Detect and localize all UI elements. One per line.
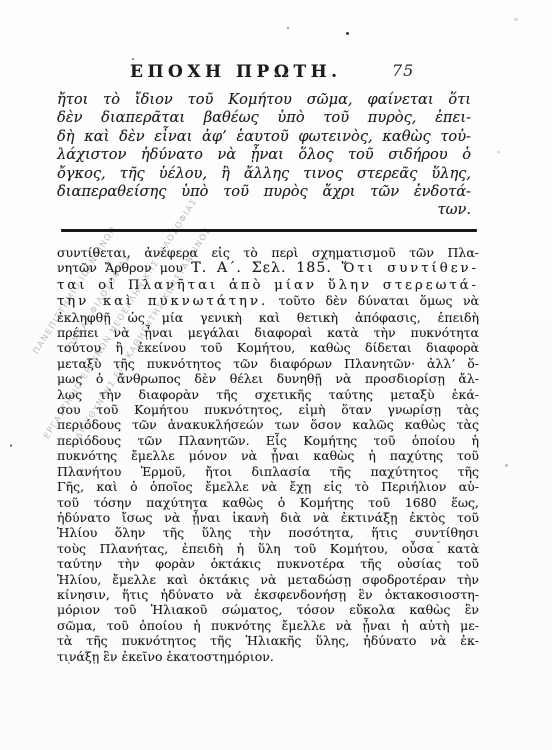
body-text: τινάξῃ ἓν ἐκεῖνο ἑκατοστημόριον. [57, 649, 274, 664]
body-text: τοῦτο δὲν δύναται ὅμως νὰ [268, 293, 479, 308]
intro-line: ὄγκος, τῆς ὑέλου, ἢ ἄλλης τινος στερεᾶς … [57, 165, 471, 183]
body-text: Ἡλίου, ἔμελλε καὶ ὀκτάκις νὰ μεταδώσῃ σφ… [57, 572, 479, 587]
body-line: Ἡλίου ὅλην τῆς ὕλης τὴν ποσότητα, ἥτις σ… [57, 525, 479, 540]
body-line: Γῆς, καὶ ὁ ὁποῖος ἔμελλε νὰ ἔχῃ εἰς τὸ Π… [57, 479, 479, 494]
intro-line: διαπεραθείσης ὑπὸ τοῦ πυρὸς ἄχρι τῶν ἐνδ… [57, 183, 471, 201]
body-text: τούτου ἢ ἐκείνου τοῦ Κομήτου, καθὼς δίδε… [57, 340, 479, 355]
emphasized-text: Ὅτι συντίθεν- [342, 261, 479, 276]
body-line: περιόδους τῶν Πλανητῶν. Εἷς Κομήτης τοῦ … [57, 433, 479, 448]
body-line: κίνησιν, ἥτις ἠδύνατο νὰ ἐκσφενδονήσῃ ἓν… [57, 587, 479, 602]
body-line: την καὶ πυκνωτάτην. τοῦτο δὲν δύναται ὅμ… [57, 293, 479, 309]
body-line: πρέπει νὰ ᾖναι μεγάλαι διαφοραὶ κατὰ τὴν… [57, 325, 479, 340]
emphasized-text: ται οἱ Πλανῆται ἀπὸ μίαν ὕλην στερεωτά- [57, 278, 479, 293]
scan-speck [287, 27, 289, 29]
body-paragraph: συντίθεται, ἀνέφερα εἰς τὸ περὶ σχηματισ… [57, 245, 479, 664]
intro-line: δὴ καὶ δὲν εἶναι ἀφ’ ἑαυτοῦ φωτεινὸς, κα… [57, 128, 471, 146]
body-text: πυκνότης ἔμελλε μόνον νὰ ᾖναι καθὼς ἡ πα… [57, 448, 479, 463]
intro-line: ἤτοι τὸ ἴδιον τοῦ Κομήτου σῶμα, φαίνεται… [57, 91, 471, 109]
body-line: ἠδύνατο ἴσως νὰ ᾖναι ἱκανὴ διὰ νὰ ἐκτινά… [57, 510, 479, 525]
body-text: σῶμα, τοῦ ὁποίου ἡ πυκνότης ἔμελλε νὰ ᾖν… [57, 618, 479, 633]
scan-speck [68, 662, 70, 664]
body-text: ταύτην τὴν φορὰν ὀκτάκις πυκνοτέρα τῆς ο… [57, 556, 479, 571]
intro-line: δὲν διαπερᾶται βαθέως ὑπὸ τοῦ πυρὸς, ἐπε… [57, 109, 471, 127]
paragraph-divider-rule [61, 229, 477, 232]
body-text: Πλανήτου Ἑρμοῦ, ἤτοι διπλασία τῆς παχύτη… [57, 464, 479, 479]
body-text: Γῆς, καὶ ὁ ὁποῖος ἔμελλε νὰ ἔχῃ εἰς τὸ Π… [57, 479, 479, 494]
scan-speck [505, 464, 508, 467]
body-line: συντίθεται, ἀνέφερα εἰς τὸ περὶ σχηματισ… [57, 245, 479, 260]
scanned-book-page: ΠΑΝΕΠΙΣΤΗΜΙΟ ΙΩΑΝΝΙΝΩΝΤΟΜΕΑΣ ΦΙΛΟΣΟΦΙΑΣΕ… [0, 0, 552, 750]
body-text: λως τὴν διαφορὰν τῆς σχετικῆς ταύτης μετ… [57, 387, 479, 402]
body-line: μόριον τοῦ Ἡλιακοῦ σώματος, τόσον εὔκολα… [57, 602, 479, 617]
emphasized-text: την καὶ πυκνωτάτην. [57, 294, 268, 309]
body-text: πρέπει νὰ ᾖναι μεγάλαι διαφοραὶ κατὰ τὴν… [57, 325, 479, 340]
body-text: μόριον τοῦ Ἡλιακοῦ σώματος, τόσον εὔκολα… [57, 602, 479, 617]
scan-speck [132, 58, 134, 60]
body-line: τινάξῃ ἓν ἐκεῖνο ἑκατοστημόριον. [57, 649, 479, 664]
body-text: μως ὁ ἄνθρωπος δὲν θέλει δυνηθῇ νὰ προσδ… [57, 371, 479, 386]
page-header-title: ΕΠΟΧΗ ΠΡΩΤΗ. [130, 62, 342, 82]
body-text: περιόδους τῶν ἀνακυκλήσεών των ὅσον καλῶ… [57, 417, 479, 432]
body-line: σῶμα, τοῦ ὁποίου ἡ πυκνότης ἔμελλε νὰ ᾖν… [57, 618, 479, 633]
intro-line: λάχιστον ἠδύνατο νὰ ᾖναι ὅλος τοῦ σιδήρο… [57, 146, 471, 164]
body-text: τοῦ τόσην παχύτητα καθὼς ὁ Κομήτης τοῦ 1… [57, 495, 479, 510]
body-text: σου τοῦ Κομήτου πυκνότητος, εἰμὴ ὅταν γν… [57, 402, 479, 417]
body-line: ταύτην τὴν φορὰν ὀκτάκις πυκνοτέρα τῆς ο… [57, 556, 479, 571]
body-line: τοῦ τόσην παχύτητα καθὼς ὁ Κομήτης τοῦ 1… [57, 495, 479, 510]
scan-speck [10, 444, 12, 447]
scan-speck [437, 541, 440, 543]
body-line: ται οἱ Πλανῆται ἀπὸ μίαν ὕλην στερεωτά- [57, 277, 479, 293]
body-text: Ἡλίου ὅλην τῆς ὕλης τὴν ποσότητα, ἥτις σ… [57, 525, 479, 540]
scan-speck [514, 18, 518, 21]
body-line: πυκνότης ἔμελλε μόνον νὰ ᾖναι καθὼς ἡ πα… [57, 448, 479, 463]
body-line: τούτου ἢ ἐκείνου τοῦ Κομήτου, καθὼς δίδε… [57, 340, 479, 355]
body-line: τὰ τῆς πυκνότητος τῆς Ἡλιακῆς ὕλης, ἠδύν… [57, 633, 479, 648]
intro-paragraph: ἤτοι τὸ ἴδιον τοῦ Κομήτου σῶμα, φαίνεται… [57, 91, 471, 220]
body-text: τοὺς Πλανήτας, ἐπειδὴ ἡ ὕλη τοῦ Κομήτου,… [57, 541, 479, 556]
body-line: ἐκληφθῇ ὡς μία γενικὴ καὶ θετικὴ ἀπόφασι… [57, 310, 479, 325]
body-text: συντίθεται, ἀνέφερα εἰς τὸ περὶ σχηματισ… [57, 245, 479, 260]
scan-speck [346, 32, 349, 35]
body-text: Τ. Α΄. Σελ. 185. [191, 260, 341, 276]
body-line: μεταξὺ τῆς πυκνότητος τῶν διαφόρων Πλανη… [57, 356, 479, 371]
intro-line-last: των. [57, 201, 471, 219]
body-text: τὰ τῆς πυκνότητος τῆς Ἡλιακῆς ὕλης, ἠδύν… [57, 633, 479, 648]
body-line: σου τοῦ Κομήτου πυκνότητος, εἰμὴ ὅταν γν… [57, 402, 479, 417]
body-line: τοὺς Πλανήτας, ἐπειδὴ ἡ ὕλη τοῦ Κομήτου,… [57, 541, 479, 556]
body-text: νητῶν Ἄρθρον μου [57, 260, 191, 275]
body-line: περιόδους τῶν ἀνακυκλήσεών των ὅσον καλῶ… [57, 417, 479, 432]
body-text: μεταξὺ τῆς πυκνότητος τῶν διαφόρων Πλανη… [57, 356, 479, 371]
scan-speck [497, 151, 500, 153]
body-text: ἐκληφθῇ ὡς μία γενικὴ καὶ θετικὴ ἀπόφασι… [57, 310, 479, 325]
body-text: ἠδύνατο ἴσως νὰ ᾖναι ἱκανὴ διὰ νὰ ἐκτινά… [57, 510, 479, 525]
body-line: λως τὴν διαφορὰν τῆς σχετικῆς ταύτης μετ… [57, 387, 479, 402]
body-line: μως ὁ ἄνθρωπος δὲν θέλει δυνηθῇ νὰ προσδ… [57, 371, 479, 386]
body-line: Πλανήτου Ἑρμοῦ, ἤτοι διπλασία τῆς παχύτη… [57, 464, 479, 479]
page-number: 75 [392, 61, 414, 80]
body-line: Ἡλίου, ἔμελλε καὶ ὀκτάκις νὰ μεταδώσῃ σφ… [57, 572, 479, 587]
body-text: περιόδους τῶν Πλανητῶν. Εἷς Κομήτης τοῦ … [57, 433, 479, 448]
body-line: νητῶν Ἄρθρον μου Τ. Α΄. Σελ. 185. Ὅτι συ… [57, 260, 479, 276]
body-text: κίνησιν, ἥτις ἠδύνατο νὰ ἐκσφενδονήσῃ ἓν… [57, 587, 479, 602]
